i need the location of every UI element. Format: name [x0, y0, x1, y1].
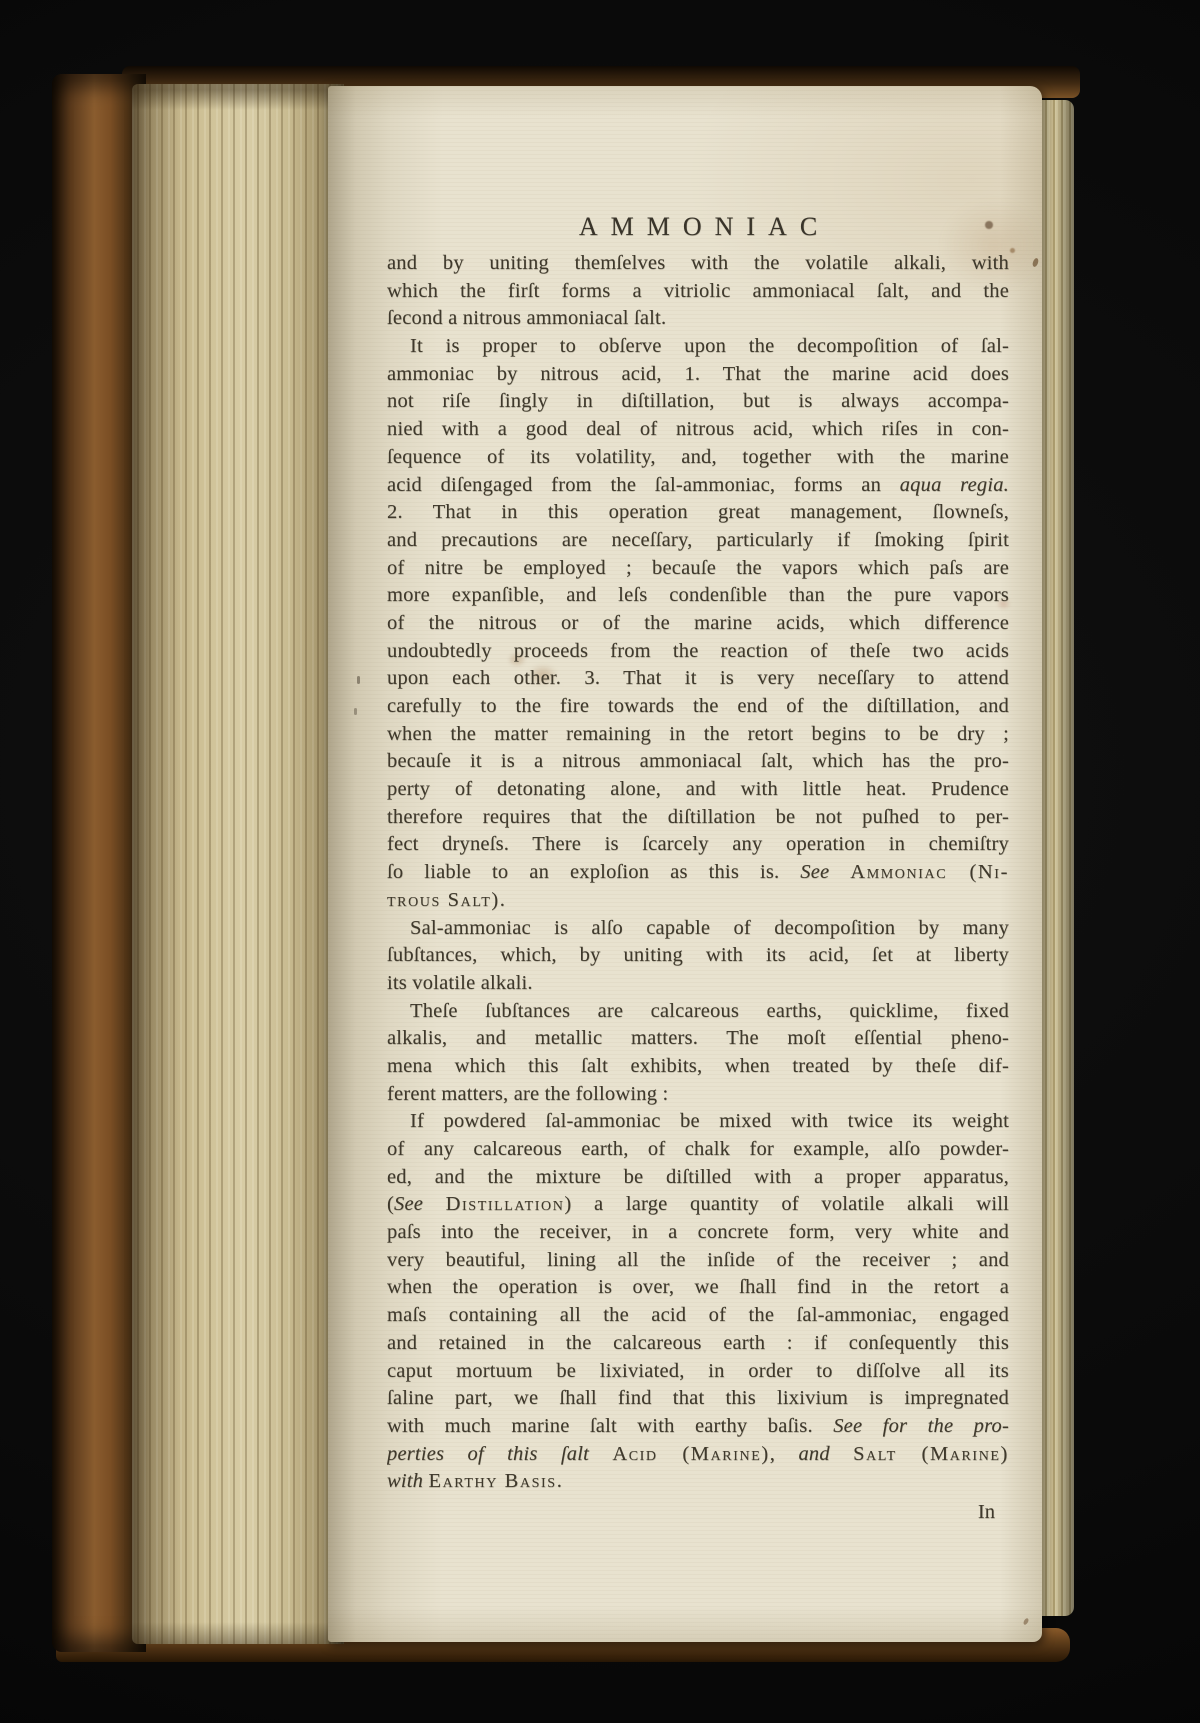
page-content: AMMONIAC and by uniting themſelves with … [387, 212, 1009, 1524]
text-line: and retained in the calcareous earth : i… [387, 1330, 1009, 1358]
text-line: therefore requires that the diſtillation… [387, 804, 1009, 832]
ink-mark [354, 708, 357, 715]
text-line: ſubſtances, which, by uniting with its a… [387, 942, 1009, 970]
text-line: It is proper to obſerve upon the decompo… [387, 333, 1009, 361]
text-line: maſs containing all the acid of the ſal-… [387, 1302, 1009, 1330]
text-line: ferent matters, are the following : [387, 1081, 1009, 1109]
text-line: when the operation is over, we ſhall fin… [387, 1274, 1009, 1302]
text-line: Sal-ammoniac is alſo capable of decompoſ… [387, 915, 1009, 943]
text-line: ſecond a nitrous ammoniacal ſalt. [387, 305, 1009, 333]
text-line: becauſe it is a nitrous ammoniacal ſalt,… [387, 748, 1009, 776]
text-line: and precautions are neceſſary, particula… [387, 527, 1009, 555]
page-fore-edge-right [1042, 100, 1074, 1616]
text-line: ed, and the mixture be diſtilled with a … [387, 1164, 1009, 1192]
catchword: In [978, 1501, 995, 1523]
text-line: of the nitrous or of the marine acids, w… [387, 610, 1009, 638]
text-line: and by uniting themſelves with the volat… [387, 250, 1009, 278]
text-line: fect dryneſs. There is ſcarcely any oper… [387, 831, 1009, 859]
text-line: mena which this ſalt exhibits, when trea… [387, 1053, 1009, 1081]
text-line: upon each other. 3. That it is very nece… [387, 665, 1009, 693]
text-line: alkalis, and metallic matters. The moſt … [387, 1025, 1009, 1053]
text-line: perties of this ſalt Acid (Marine), and … [387, 1441, 1009, 1469]
text-line: paſs into the receiver, in a concrete fo… [387, 1219, 1009, 1247]
text-line: with Earthy Basis. [387, 1468, 1009, 1496]
stain [1010, 248, 1015, 253]
open-book: AMMONIAC and by uniting themſelves with … [52, 56, 1074, 1662]
text-line: with much marine ſalt with earthy baſis.… [387, 1413, 1009, 1441]
text-line: nied with a good deal of nitrous acid, w… [387, 416, 1009, 444]
text-line: (See Distillation) a large quantity of v… [387, 1191, 1009, 1219]
text-line: which the firſt forms a vitriolic ammoni… [387, 278, 1009, 306]
text-line: trous Salt). [387, 887, 1009, 915]
text-line: of nitre be employed ; becauſe the vapor… [387, 555, 1009, 583]
text-line: not riſe ſingly in diſtillation, but is … [387, 388, 1009, 416]
book-photograph: AMMONIAC and by uniting themſelves with … [0, 0, 1200, 1723]
catchword-row: In [387, 1501, 1009, 1524]
stain [1032, 257, 1040, 267]
text-line: when the matter remaining in the retort … [387, 721, 1009, 749]
text-line: ammoniac by nitrous acid, 1. That the ma… [387, 361, 1009, 389]
text-line: ſaline part, we ſhall find that this lix… [387, 1385, 1009, 1413]
text-line: ſo liable to an exploſion as this is. Se… [387, 859, 1009, 887]
book-page: AMMONIAC and by uniting themſelves with … [328, 86, 1042, 1642]
text-line: carefully to the fire towards the end of… [387, 693, 1009, 721]
text-line: Theſe ſubſtances are calcareous earths, … [387, 998, 1009, 1026]
text-line: caput mortuum be lixiviated, in order to… [387, 1358, 1009, 1386]
text-line: of any calcareous earth, of chalk for ex… [387, 1136, 1009, 1164]
text-line: 2. That in this operation great manageme… [387, 499, 1009, 527]
text-line: If powdered ſal-ammoniac be mixed with t… [387, 1108, 1009, 1136]
text-line: undoubtedly proceeds from the reaction o… [387, 638, 1009, 666]
text-line: more expanſible, and leſs condenſible th… [387, 582, 1009, 610]
text-line: perty of detonating alone, and with litt… [387, 776, 1009, 804]
text-line: ſequence of its volatility, and, togethe… [387, 444, 1009, 472]
text-line: its volatile alkali. [387, 970, 1009, 998]
page-text: and by uniting themſelves with the volat… [387, 250, 1009, 1496]
text-line: acid diſengaged from the ſal-ammoniac, f… [387, 472, 1009, 500]
page-header: AMMONIAC [387, 212, 1009, 248]
text-line: very beautiful, lining all the inſide of… [387, 1247, 1009, 1275]
ink-mark [357, 676, 360, 684]
stain [1023, 1617, 1030, 1625]
page-edges-left [132, 84, 344, 1644]
